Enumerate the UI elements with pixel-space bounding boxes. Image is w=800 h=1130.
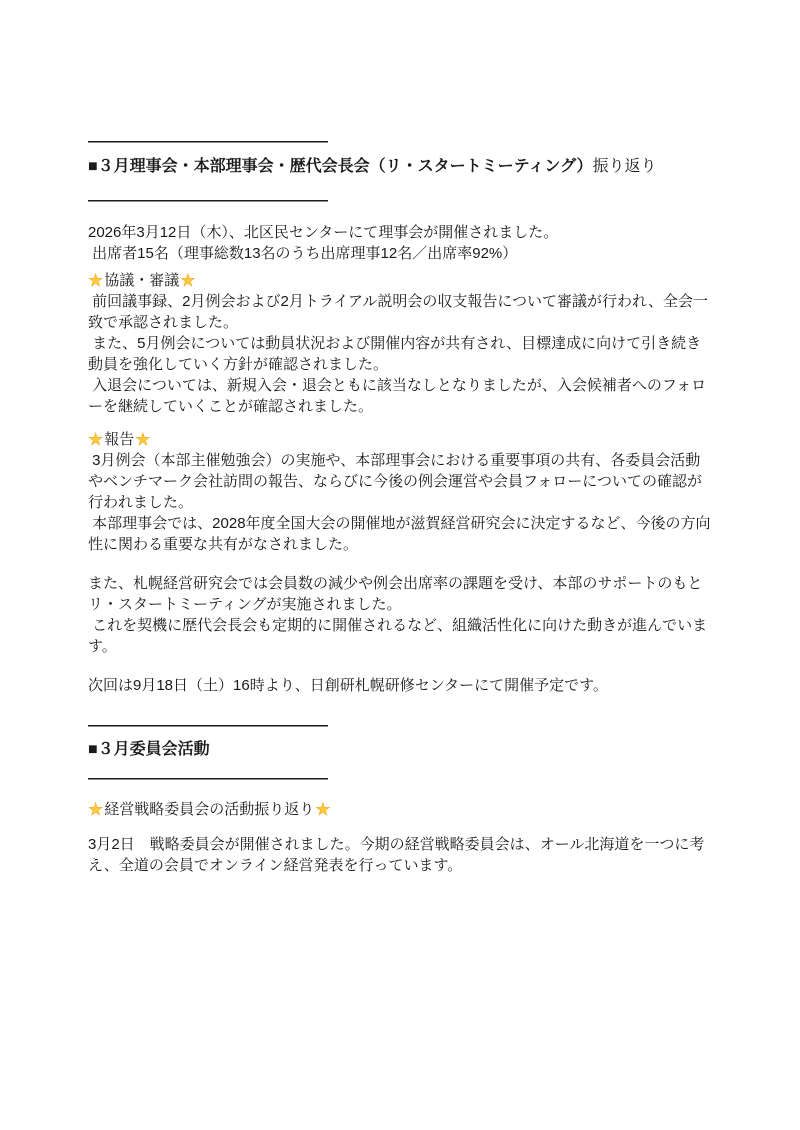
kyogi-paragraph: 前回議事録、2月例会および2月トライアル説明会の収支報告について審議が行われ、全… xyxy=(88,291,715,333)
spacer xyxy=(88,555,715,573)
document-content: ———————————————— ■３月理事会・本部理事会・歴代会長会（リ・スタ… xyxy=(88,131,715,876)
board-meeting-heading-main: ■３月理事会・本部理事会・歴代会長会（リ・スタートミーティング） xyxy=(88,158,593,175)
star-icon: ★ xyxy=(180,270,195,291)
star-icon: ★ xyxy=(135,429,150,450)
section-divider: ———————————————— xyxy=(88,131,715,152)
next-meeting-line: 次回は9月18日（土）16時より、日創研札幌研修センターにて開催予定です。 xyxy=(88,675,715,696)
hokoku-paragraph: また、札幌経営研究会では会員数の減少や例会出席率の課題を受け、本部のサポートのも… xyxy=(88,573,715,615)
meeting-intro: 2026年3月12日（木）、北区民センターにて理事会が開催されました。 出席者1… xyxy=(88,222,715,264)
board-meeting-heading-suffix: 振り返り xyxy=(593,158,657,175)
kyogi-heading: ★協議・審議★ xyxy=(88,270,715,291)
star-icon: ★ xyxy=(88,799,103,820)
star-icon: ★ xyxy=(88,270,103,291)
committee-review-heading-label: 経営戦略委員会の活動振り返り xyxy=(103,799,315,820)
board-meeting-heading: ■３月理事会・本部理事会・歴代会長会（リ・スタートミーティング）振り返り xyxy=(88,156,715,178)
section-divider: ———————————————— xyxy=(88,768,715,789)
spacer xyxy=(88,417,715,423)
kyogi-paragraph: また、5月例会については動員状況および開催内容が共有され、目標達成に向けて引き続… xyxy=(88,333,715,375)
hokoku-paragraph: 本部理事会では、2028年度全国大会の開催地が滋賀経営研究会に決定するなど、今後… xyxy=(88,513,715,555)
hokoku-heading: ★報告★ xyxy=(88,429,715,450)
meeting-date-line: 2026年3月12日（木）、北区民センターにて理事会が開催されました。 xyxy=(88,222,715,243)
hokoku-heading-label: 報告 xyxy=(103,429,135,450)
hokoku-paragraph: 3月例会（本部主催勉強会）の実施や、本部理事会における重要事項の共有、各委員会活… xyxy=(88,450,715,513)
section-divider: ———————————————— xyxy=(88,190,715,211)
hokoku-paragraph: これを契機に歴代会長会も定期的に開催されるなど、組織活性化に向けた動きが進んでい… xyxy=(88,615,715,657)
star-icon: ★ xyxy=(315,799,330,820)
committee-review-heading: ★経営戦略委員会の活動振り返り★ xyxy=(88,799,715,820)
committee-paragraph: 3月2日 戦略委員会が開催されました。今期の経営戦略委員会は、オール北海道を一つ… xyxy=(88,834,715,876)
attendance-line: 出席者15名（理事総数13名のうち出席理事12名／出席率92%） xyxy=(88,243,715,264)
section-divider: ———————————————— xyxy=(88,715,715,736)
kyogi-heading-label: 協議・審議 xyxy=(103,270,180,291)
document-page: ———————————————— ■３月理事会・本部理事会・歴代会長会（リ・スタ… xyxy=(0,0,800,1130)
spacer xyxy=(88,657,715,675)
kyogi-paragraph: 入退会については、新規入会・退会ともに該当なしとなりましたが、入会候補者へのフォ… xyxy=(88,375,715,417)
committee-section-heading: ■３月委員会活動 xyxy=(88,739,715,761)
star-icon: ★ xyxy=(88,429,103,450)
